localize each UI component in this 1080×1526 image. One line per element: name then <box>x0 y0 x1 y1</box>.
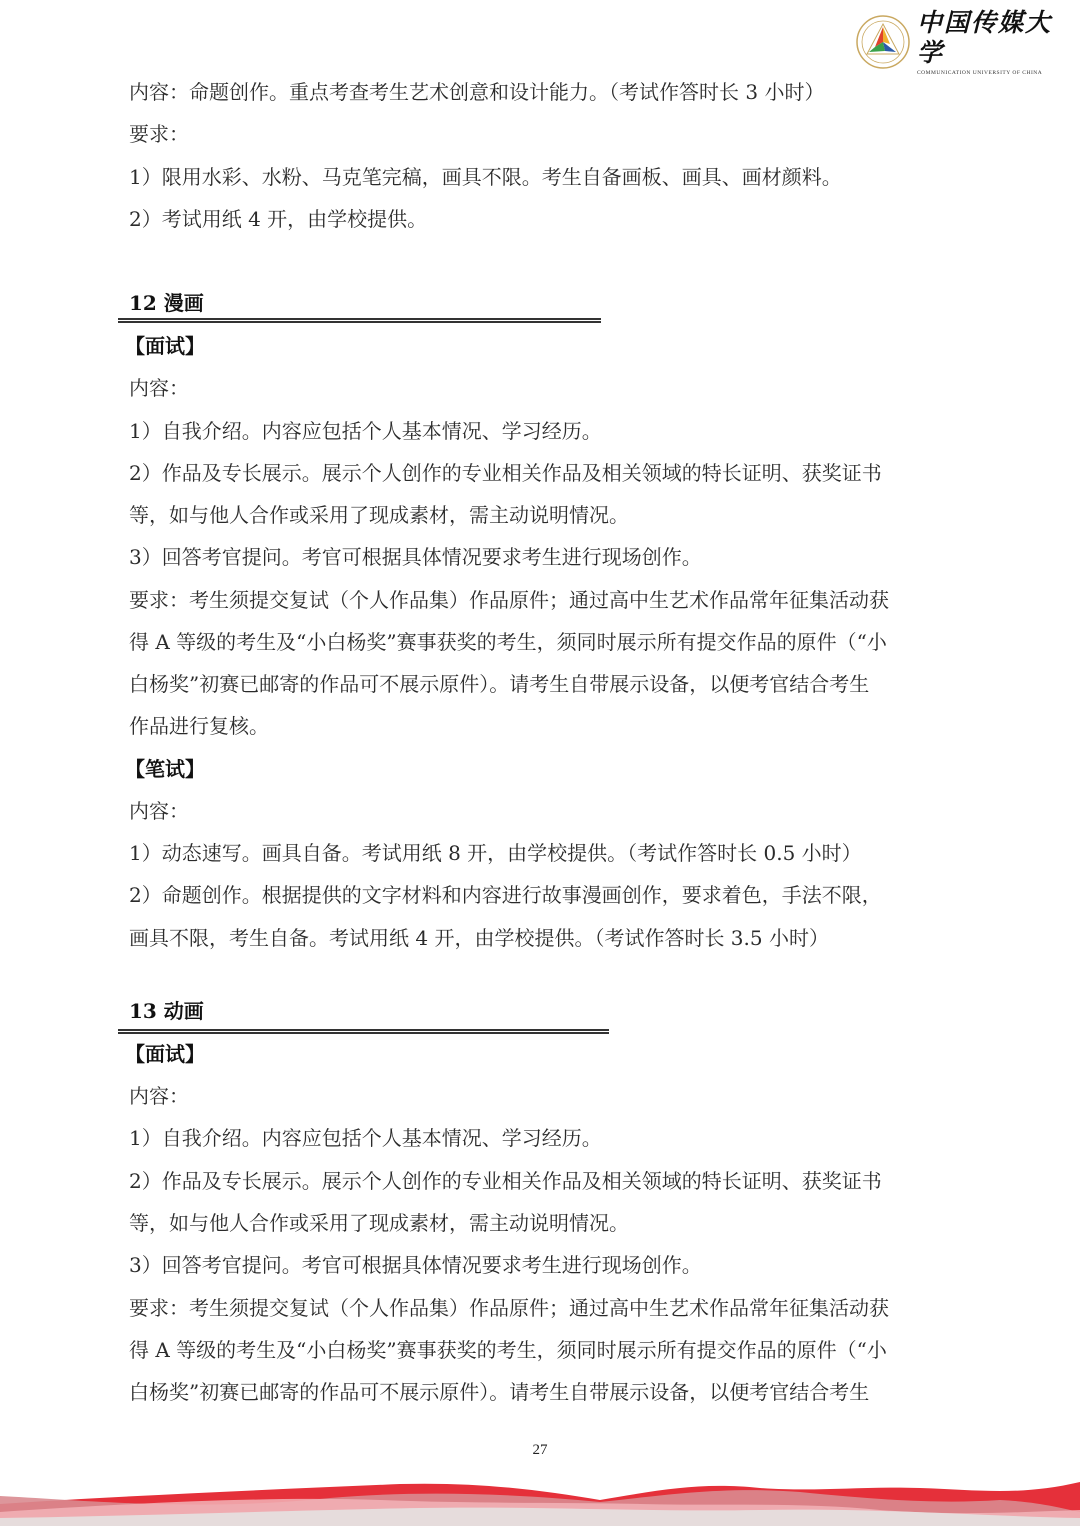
text-line: 要求：考生须提交复试（个人作品集）作品原件；通过高中生艺术作品常年征集活动获 <box>129 588 889 612</box>
logo-english-name: COMMUNICATION UNIVERSITY OF CHINA <box>917 70 1060 76</box>
subsection-label-written: 【笔试】 <box>125 757 205 781</box>
section-divider <box>118 1029 609 1034</box>
subsection-label-interview: 【面试】 <box>125 1042 205 1066</box>
text-line: 3）回答考官提问。考官可根据具体情况要求考生进行现场创作。 <box>129 545 702 569</box>
text-line: 1）自我介绍。内容应包括个人基本情况、学习经历。 <box>129 1126 602 1150</box>
text-line: 内容： <box>129 1084 189 1108</box>
text-line: 画具不限，考生自备。考试用纸 4 开，由学校提供。（考试作答时长 3.5 小时） <box>129 926 829 950</box>
text-line: 等，如与他人合作或采用了现成素材，需主动说明情况。 <box>129 503 629 527</box>
text-line: 要求：考生须提交复试（个人作品集）作品原件；通过高中生艺术作品常年征集活动获 <box>129 1296 889 1320</box>
text-line: 2）考试用纸 4 开，由学校提供。 <box>129 207 427 231</box>
university-logo: 中国传媒大学 COMMUNICATION UNIVERSITY OF CHINA <box>855 14 1060 70</box>
text-line: 3）回答考官提问。考官可根据具体情况要求考生进行现场创作。 <box>129 1253 702 1277</box>
section-heading: 13 动画 <box>129 999 204 1023</box>
section-divider <box>118 318 601 323</box>
section-heading: 12 漫画 <box>129 291 204 315</box>
text-line: 2）命题创作。根据提供的文字材料和内容进行故事漫画创作，要求着色，手法不限， <box>129 883 882 907</box>
text-line: 1）自我介绍。内容应包括个人基本情况、学习经历。 <box>129 419 602 443</box>
page-number: 27 <box>0 1442 1080 1459</box>
logo-chinese-name: 中国传媒大学 <box>917 8 1060 68</box>
text-line: 等，如与他人合作或采用了现成素材，需主动说明情况。 <box>129 1211 629 1235</box>
text-line: 作品进行复核。 <box>129 714 269 738</box>
text-line: 内容： <box>129 376 189 400</box>
text-line: 1）限用水彩、水粉、马克笔完稿，画具不限。考生自备画板、画具、画材颜料。 <box>129 165 842 189</box>
text-line: 1）动态速写。画具自备。考试用纸 8 开，由学校提供。（考试作答时长 0.5 小… <box>129 841 862 865</box>
text-line: 内容： <box>129 799 189 823</box>
text-line: 要求： <box>129 122 189 146</box>
text-line: 2）作品及专长展示。展示个人创作的专业相关作品及相关领域的特长证明、获奖证书 <box>129 1169 882 1193</box>
footer-wave-decoration <box>0 1482 1080 1526</box>
text-line: 白杨奖”初赛已邮寄的作品可不展示原件）。请考生自带展示设备，以便考官结合考生 <box>129 1380 869 1404</box>
text-line: 得 A 等级的考生及“小白杨奖”赛事获奖的考生，须同时展示所有提交作品的原件（“… <box>129 1338 887 1362</box>
text-line: 白杨奖”初赛已邮寄的作品可不展示原件）。请考生自带展示设备，以便考官结合考生 <box>129 672 869 696</box>
text-line: 得 A 等级的考生及“小白杨奖”赛事获奖的考生，须同时展示所有提交作品的原件（“… <box>129 630 887 654</box>
subsection-label-interview: 【面试】 <box>125 334 205 358</box>
text-line: 2）作品及专长展示。展示个人创作的专业相关作品及相关领域的特长证明、获奖证书 <box>129 461 882 485</box>
university-emblem-icon <box>855 14 911 70</box>
text-line: 内容：命题创作。重点考查考生艺术创意和设计能力。（考试作答时长 3 小时） <box>129 80 824 104</box>
